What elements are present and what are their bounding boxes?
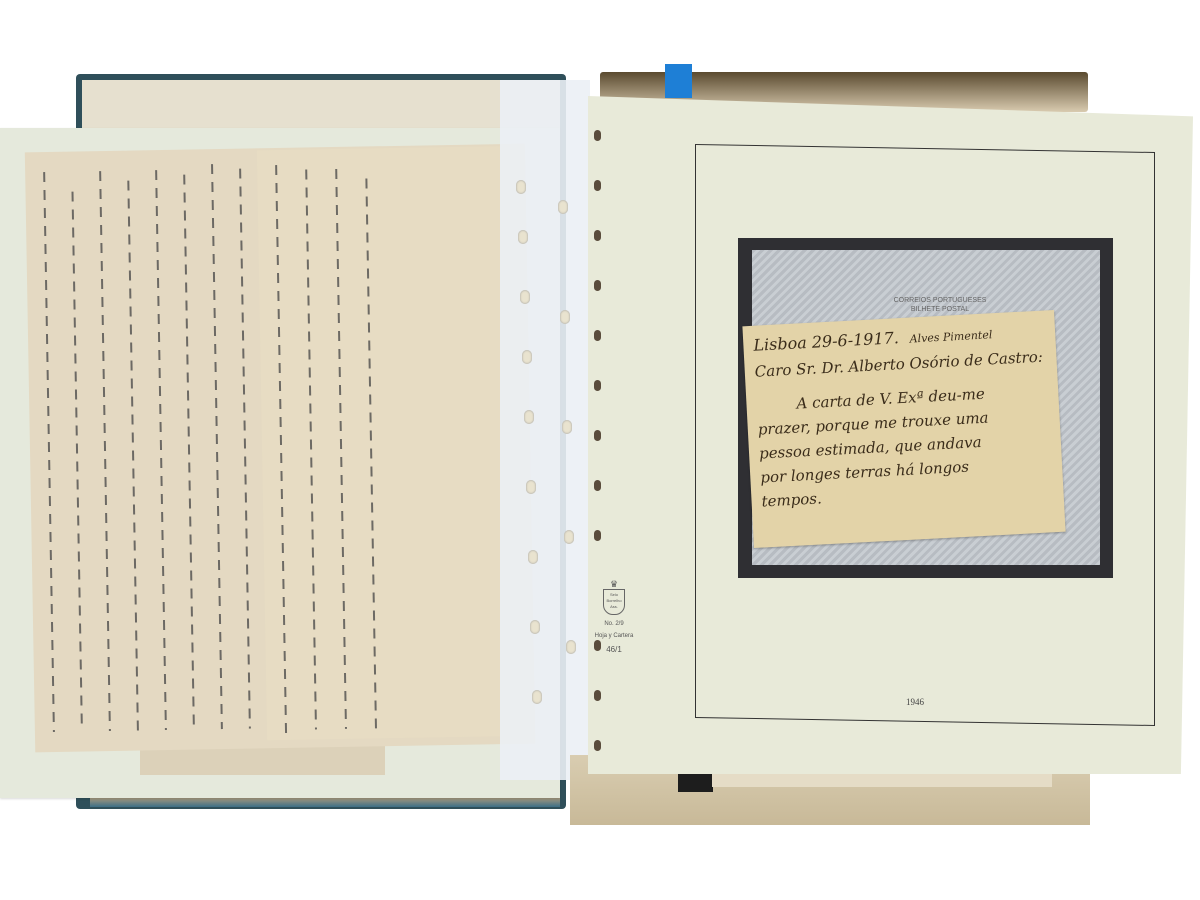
crown-icon: ♛ [594,580,634,589]
envelope-printed-header: CORREIOS PORTUGUESES BILHETE POSTAL [870,296,1010,314]
postcard-signature: Alves Pimentel [909,328,992,345]
handwritten-letter-right-half [257,146,535,741]
blue-index-tab [665,64,692,98]
plastic-sleeve [500,80,590,780]
page-number: 46/1 [594,645,634,654]
page-note: Hoja y Cartera [594,633,634,639]
page-year: 1946 [880,697,950,707]
publisher-crest: Selo Borrelho Ass. [603,589,625,615]
postcard-body: A carta de V. Exª deu-me prazer, porque … [756,378,1054,513]
handwritten-postcard: Lisboa 29-6-1917. Alves Pimentel Caro Sr… [742,310,1065,548]
page-code: No. 2/9 [594,621,634,627]
publisher-mark: ♛ Selo Borrelho Ass. No. 2/9 Hoja y Cart… [594,580,634,654]
postcard-date: Lisboa 29-6-1917. [753,328,899,355]
